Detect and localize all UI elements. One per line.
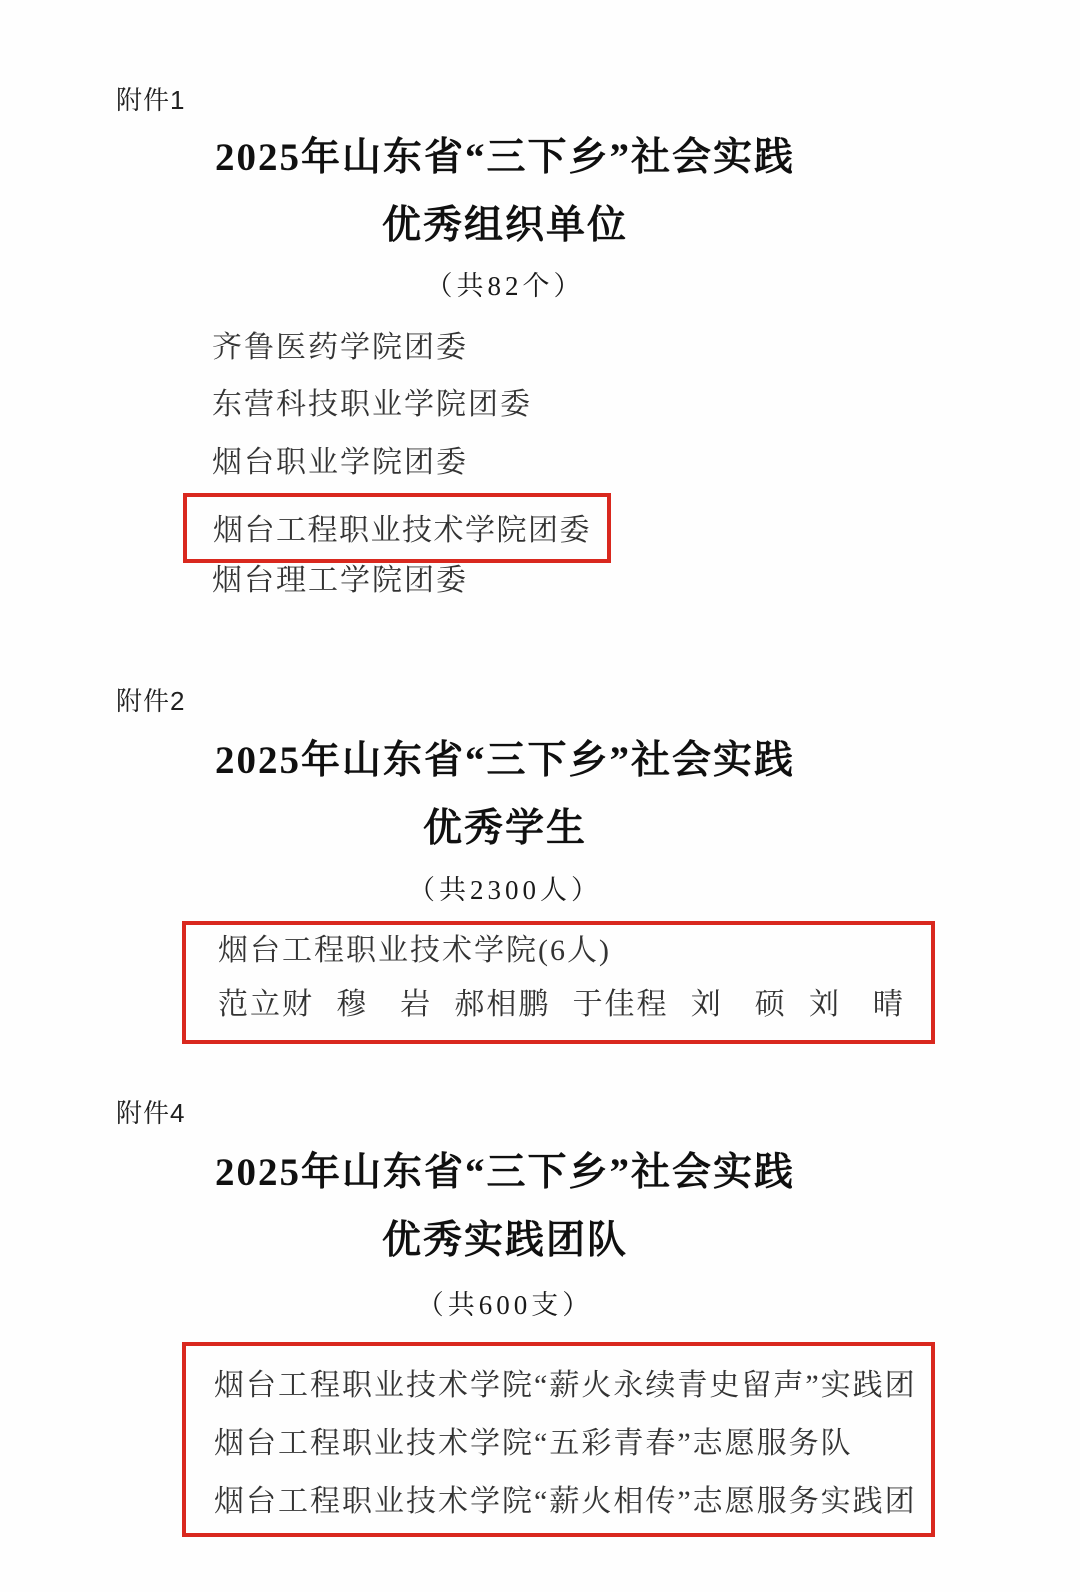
highlighted-team-item: 烟台工程职业技术学院“薪火永续青史留声”实践团	[214, 1368, 917, 1404]
org-list-item: 烟台理工学院团委	[212, 563, 468, 599]
highlight-box-organization: 烟台工程职业技术学院团委	[183, 493, 611, 563]
section-2-title-line-1: 2025年山东省“三下乡”社会实践	[0, 729, 1010, 785]
org-list-item: 烟台职业学院团委	[212, 445, 468, 481]
section-1-title-line-2: 优秀组织单位	[0, 194, 1010, 250]
section-1-title-line-1: 2025年山东省“三下乡”社会实践	[0, 126, 1010, 182]
highlight-box-teams: 烟台工程职业技术学院“薪火永续青史留声”实践团 烟台工程职业技术学院“五彩青春”…	[182, 1342, 935, 1537]
attachment-4-label: 附件4	[116, 1093, 185, 1130]
section-3-title-line-2: 优秀实践团队	[0, 1209, 1010, 1265]
org-list-item: 齐鲁医药学院团委	[212, 330, 468, 366]
attachment-2-label: 附件2	[116, 681, 185, 718]
student-name: 刘 硕	[691, 987, 787, 1023]
highlighted-team-item: 烟台工程职业技术学院“五彩青春”志愿服务队	[214, 1426, 853, 1462]
highlight-box-students: 烟台工程职业技术学院(6人) 范立财 穆 岩 郝相鹏 于佳程 刘 硕 刘 晴	[182, 921, 935, 1044]
document-page: 附件1 2025年山东省“三下乡”社会实践 优秀组织单位 （共82个） 齐鲁医药…	[0, 0, 1080, 1592]
section-2-title-line-2: 优秀学生	[0, 797, 1010, 853]
section-1-count: （共82个）	[0, 264, 1010, 303]
section-2-count: （共2300人）	[0, 868, 1010, 907]
section-3-title-line-1: 2025年山东省“三下乡”社会实践	[0, 1141, 1010, 1197]
attachment-1-label: 附件1	[116, 80, 185, 117]
student-name: 穆 岩	[336, 987, 432, 1023]
students-row: 范立财 穆 岩 郝相鹏 于佳程 刘 硕 刘 晴	[218, 987, 905, 1023]
student-name: 刘 晴	[809, 987, 905, 1023]
highlighted-school-line: 烟台工程职业技术学院(6人)	[218, 933, 611, 969]
student-name: 范立财	[218, 987, 314, 1023]
highlighted-org-item: 烟台工程职业技术学院团委	[213, 505, 591, 549]
section-3-count: （共600支）	[0, 1283, 1010, 1322]
student-name: 于佳程	[573, 987, 669, 1023]
highlighted-team-item: 烟台工程职业技术学院“薪火相传”志愿服务实践团	[214, 1484, 917, 1520]
student-name: 郝相鹏	[454, 987, 550, 1023]
org-list-item: 东营科技职业学院团委	[212, 387, 532, 423]
